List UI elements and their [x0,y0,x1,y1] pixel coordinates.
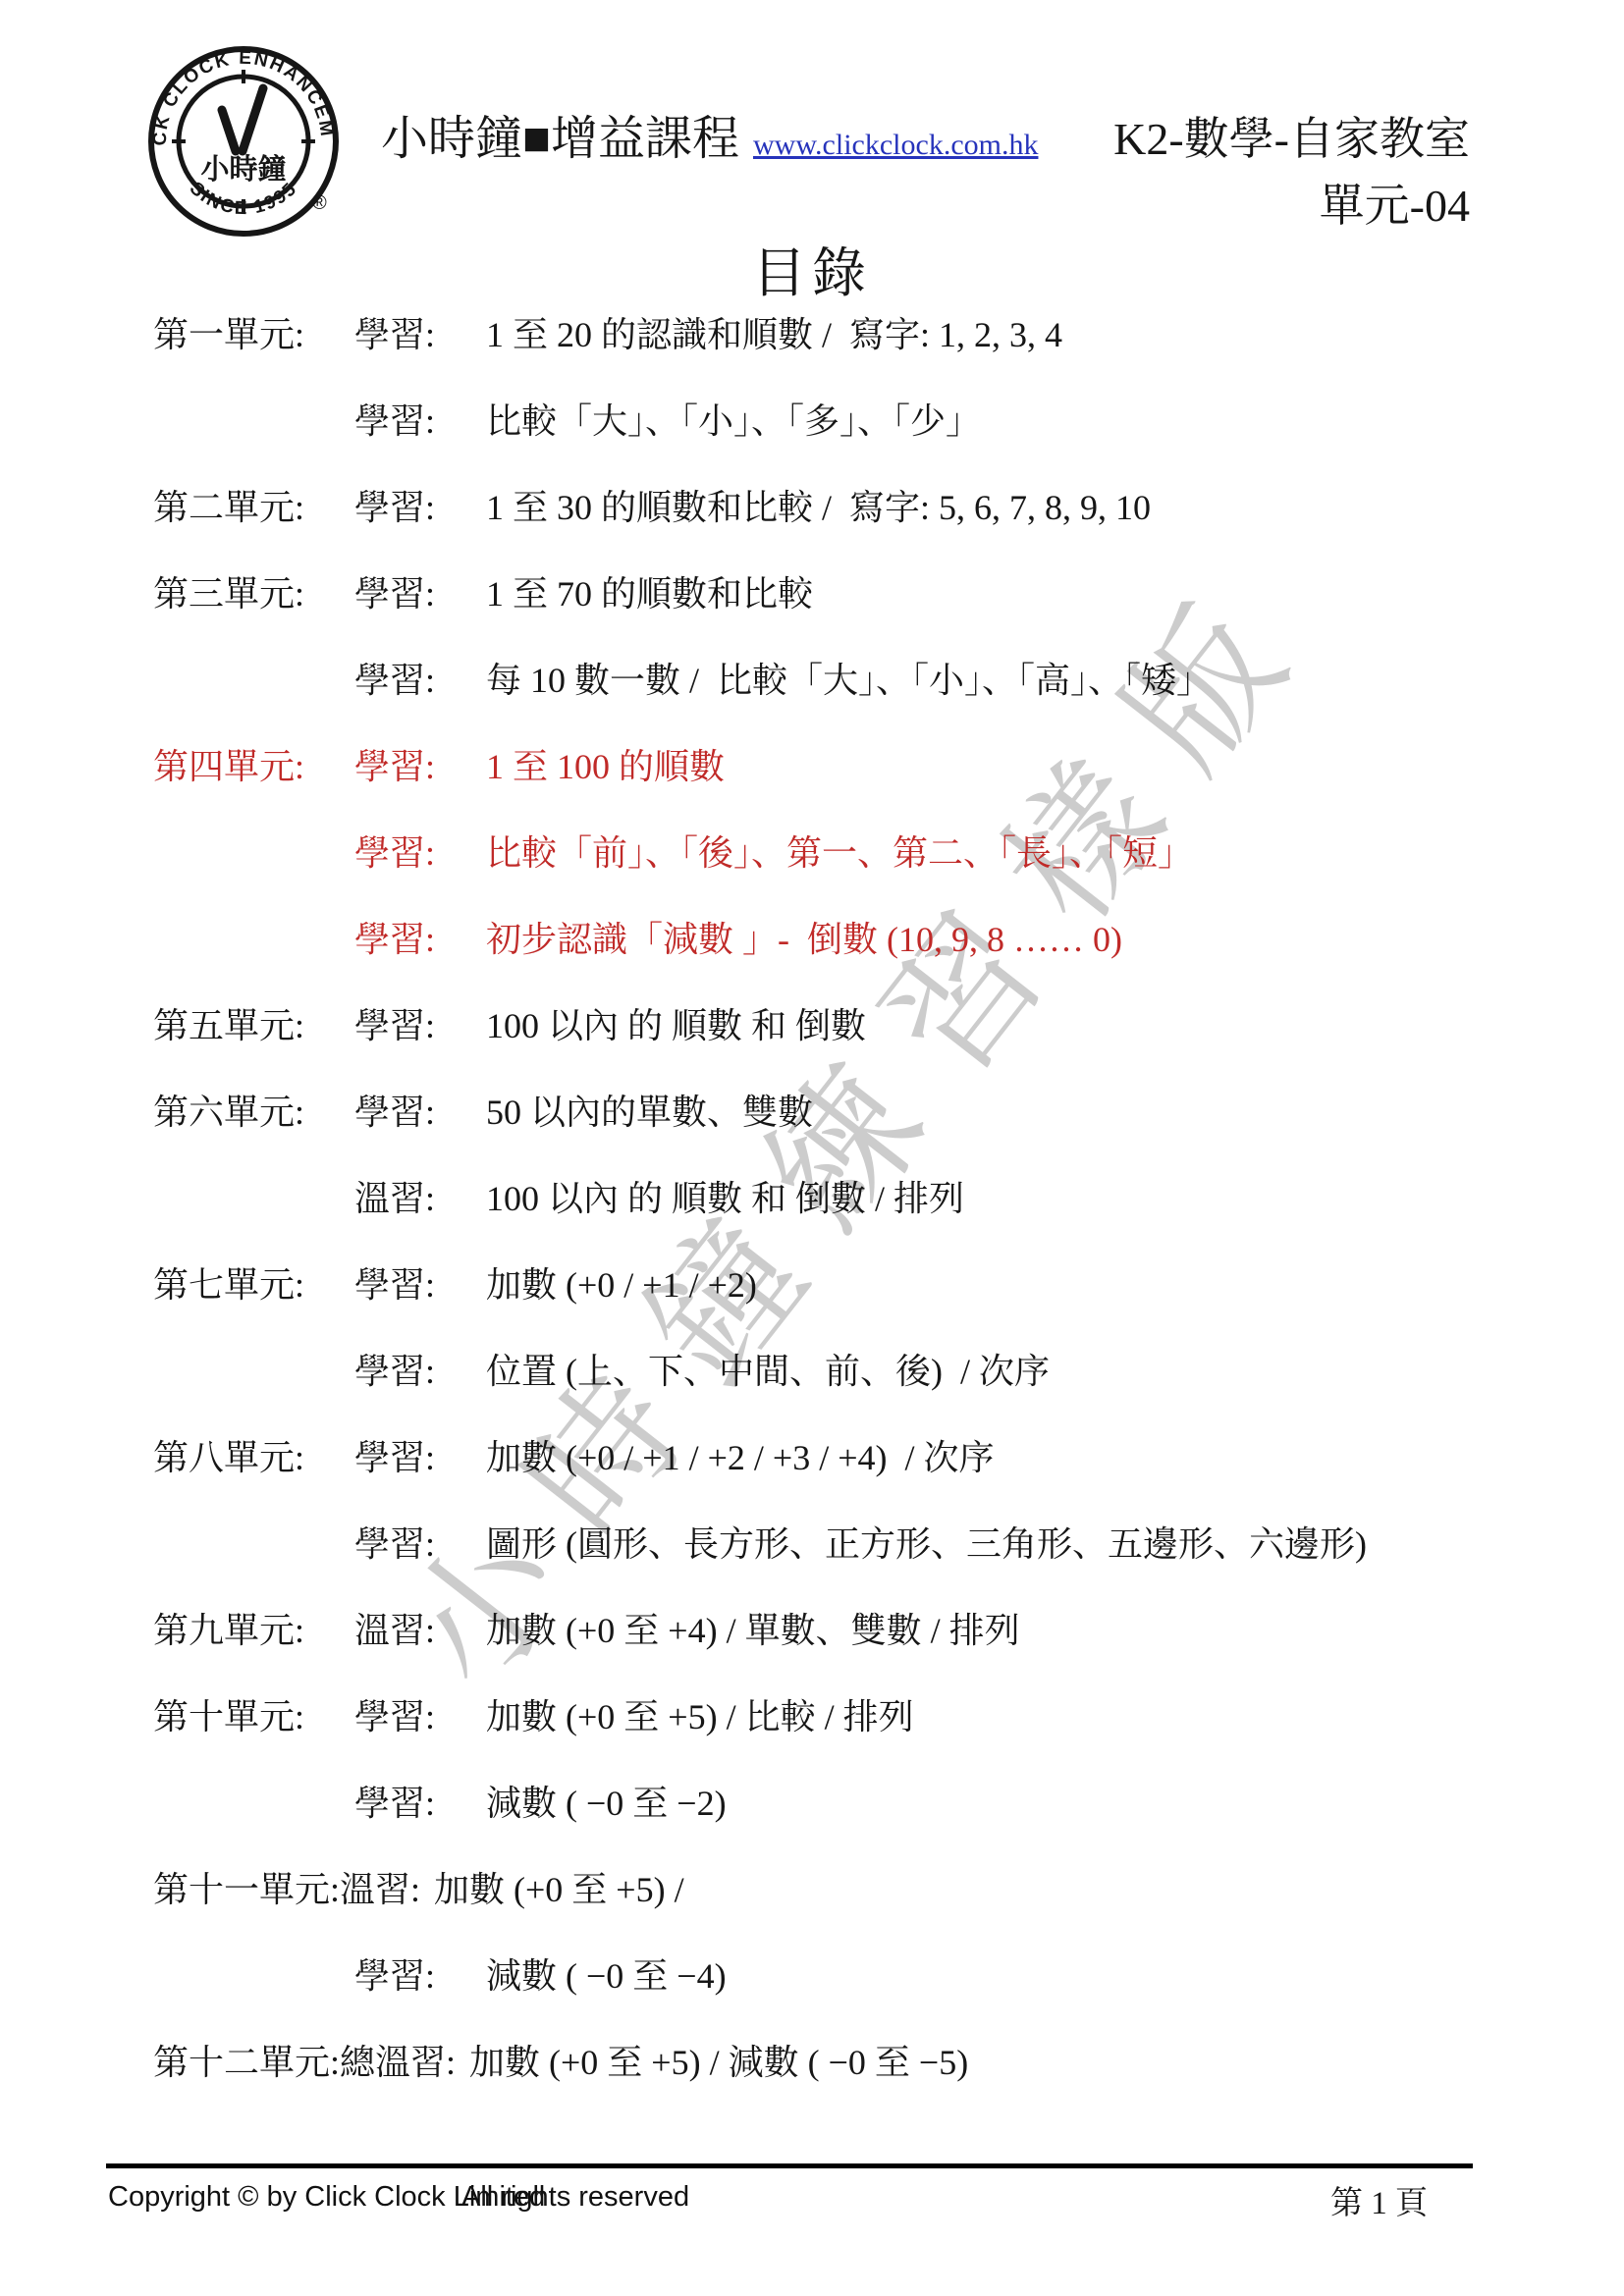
row-content: 加數 (+0 至 +4) / 單數、雙數 / 排列 [486,1612,1585,1649]
unit-label [153,1353,354,1390]
row-content: 減數 ( −0 至 −4) [486,1957,1585,1995]
activity-label: 學習: [354,1785,486,1822]
unit-label [153,921,354,958]
unit-label [153,1785,354,1822]
row-content: 位置 (上、下、中間、前、後) / 次序 [486,1353,1585,1390]
logo-center-text: 小時鐘 [200,153,286,186]
unit-label [153,662,354,699]
activity-label: 學習: [354,489,486,526]
toc-row: 學習: 位置 (上、下、中間、前、後) / 次序 [153,1353,1585,1390]
toc-row: 學習: 減數 ( −0 至 −4) [153,1957,1585,1995]
unit-label: 第一單元: [153,316,354,353]
registered-mark: ® [312,192,327,215]
unit-label: 第七單元: [153,1266,354,1304]
toc-row: 第三單元: 學習: 1 至 70 的順數和比較 [153,575,1585,613]
toc-row: 第十二單元:總溫習: 加數 (+0 至 +5) / 減數 ( −0 至 −5) [153,2044,1585,2081]
toc-row: 第八單元: 學習: 加數 (+0 / +1 / +2 / +3 / +4) / … [153,1439,1585,1476]
row-content: 每 10 數一數 / 比較「大」、「小」、「高」、「矮」 [486,662,1585,699]
unit-label: 第八單元: [153,1439,354,1476]
unit-label: 第三單元: [153,575,354,613]
row-content: 加數 (+0 / +1 / +2 / +3 / +4) / 次序 [486,1439,1585,1476]
row-content: 1 至 100 的順數 [486,748,1585,785]
unit-label: 第十二單元:總溫習: [153,2044,456,2081]
toc-row: 第十一單元:溫習: 加數 (+0 至 +5) / [153,1871,1585,1908]
toc-row: 學習: 減數 ( −0 至 −2) [153,1785,1585,1822]
row-content: 比較「前」、「後」、第一、第二、「長」、「短」 [486,834,1585,872]
clock-hand-short-icon [222,110,236,151]
unit-label: 第二單元: [153,489,354,526]
activity-label: 學習: [354,1353,486,1390]
row-content: 1 至 30 的順數和比較 / 寫字: 5, 6, 7, 8, 9, 10 [486,489,1585,526]
activity-label: 學習: [354,1439,486,1476]
activity-label: 學習: [354,1094,486,1131]
toc-row: 第一單元: 學習: 1 至 20 的認識和順數 / 寫字: 1, 2, 3, 4 [153,316,1585,353]
unit-label [153,834,354,872]
content-layer: CLICK CLOCK ENHANCEMENT SINCE 1995 小時鐘 ®… [0,0,1624,2296]
unit-label: 第六單元: [153,1094,354,1131]
clock-hand-long-icon [243,88,263,151]
row-content: 加數 (+0 / +1 / +2) [486,1266,1585,1304]
toc-row: 第七單元: 學習: 加數 (+0 / +1 / +2) [153,1266,1585,1304]
unit-label: 第五單元: [153,1007,354,1044]
website-link[interactable]: www.clickclock.com.hk [753,129,1038,161]
row-content: 100 以內 的 順數 和 倒數 / 排列 [486,1180,1585,1217]
row-content: 圖形 (圓形、長方形、正方形、三角形、五邊形、六邊形) [486,1525,1585,1563]
toc-row: 第六單元: 學習: 50 以內的單數、雙數 [153,1094,1585,1131]
row-content: 50 以內的單數、雙數 [486,1094,1585,1131]
activity-label: 學習: [354,748,486,785]
activity-label: 學習: [354,1698,486,1735]
activity-label: 溫習: [354,1612,486,1649]
row-content: 比較「大」、「小」、「多」、「少」 [486,402,1585,440]
activity-label: 學習: [354,662,486,699]
row-content: 100 以內 的 順數 和 倒數 [486,1007,1585,1044]
unit-label: 第十單元: [153,1698,354,1735]
footer-page-number: 第 1 頁 [1330,2177,1428,2223]
document-page: 小時鐘練習樣版 CLICK CLOCK [0,0,1624,2296]
row-content: 加數 (+0 至 +5) / 比較 / 排列 [486,1698,1585,1735]
course-brand-title: 小時鐘■增益課程 [381,113,739,165]
row-content: 減數 ( −0 至 −2) [486,1785,1585,1822]
unit-label [153,1957,354,1995]
activity-label: 學習: [354,921,486,958]
row-content: 加數 (+0 至 +5) / [434,1871,684,1908]
unit-label [153,1180,354,1217]
toc-rows: 第一單元: 學習: 1 至 20 的認識和順數 / 寫字: 1, 2, 3, 4… [153,316,1585,2130]
header-title-line: 小時鐘■增益課程www.clickclock.com.hk [381,110,1038,175]
unit-label: 第四單元: [153,748,354,785]
row-content: 初步認識「減數 」- 倒數 (10, 9, 8 …… 0) [486,921,1585,958]
footer-divider [106,2163,1473,2168]
activity-label: 學習: [354,1957,486,1995]
unit-label: 第十一單元:溫習: [153,1871,420,1908]
toc-row: 學習: 初步認識「減數 」- 倒數 (10, 9, 8 …… 0) [153,921,1585,958]
footer-rights: All rights reserved [461,2181,689,2214]
unit-label: 第九單元: [153,1612,354,1649]
header-course-info: K2-數學-自家教室 單元-04 [1113,106,1470,240]
toc-row: 第五單元: 學習: 100 以內 的 順數 和 倒數 [153,1007,1585,1044]
activity-label: 學習: [354,834,486,872]
course-name: K2-數學-自家教室 [1113,106,1470,173]
toc-row: 第九單元: 溫習: 加數 (+0 至 +4) / 單數、雙數 / 排列 [153,1612,1585,1649]
toc-row: 學習: 比較「前」、「後」、第一、第二、「長」、「短」 [153,834,1585,872]
toc-row: 第二單元: 學習: 1 至 30 的順數和比較 / 寫字: 5, 6, 7, 8… [153,489,1585,526]
unit-label [153,1525,354,1563]
toc-row: 學習: 每 10 數一數 / 比較「大」、「小」、「高」、「矮」 [153,662,1585,699]
activity-label: 溫習: [354,1180,486,1217]
toc-row: 第四單元: 學習: 1 至 100 的順數 [153,748,1585,785]
toc-row: 學習: 圖形 (圓形、長方形、正方形、三角形、五邊形、六邊形) [153,1525,1585,1563]
activity-label: 學習: [354,1266,486,1304]
row-content: 1 至 20 的認識和順數 / 寫字: 1, 2, 3, 4 [486,316,1585,353]
row-content: 加數 (+0 至 +5) / 減數 ( −0 至 −5) [469,2044,968,2081]
activity-label: 學習: [354,1007,486,1044]
activity-label: 學習: [354,402,486,440]
toc-row: 第十單元: 學習: 加數 (+0 至 +5) / 比較 / 排列 [153,1698,1585,1735]
unit-label [153,402,354,440]
row-content: 1 至 70 的順數和比較 [486,575,1585,613]
toc-row: 學習: 比較「大」、「小」、「多」、「少」 [153,402,1585,440]
activity-label: 學習: [354,575,486,613]
toc-row: 溫習: 100 以內 的 順數 和 倒數 / 排列 [153,1180,1585,1217]
page-title: 目錄 [0,230,1624,307]
activity-label: 學習: [354,316,486,353]
activity-label: 學習: [354,1525,486,1563]
